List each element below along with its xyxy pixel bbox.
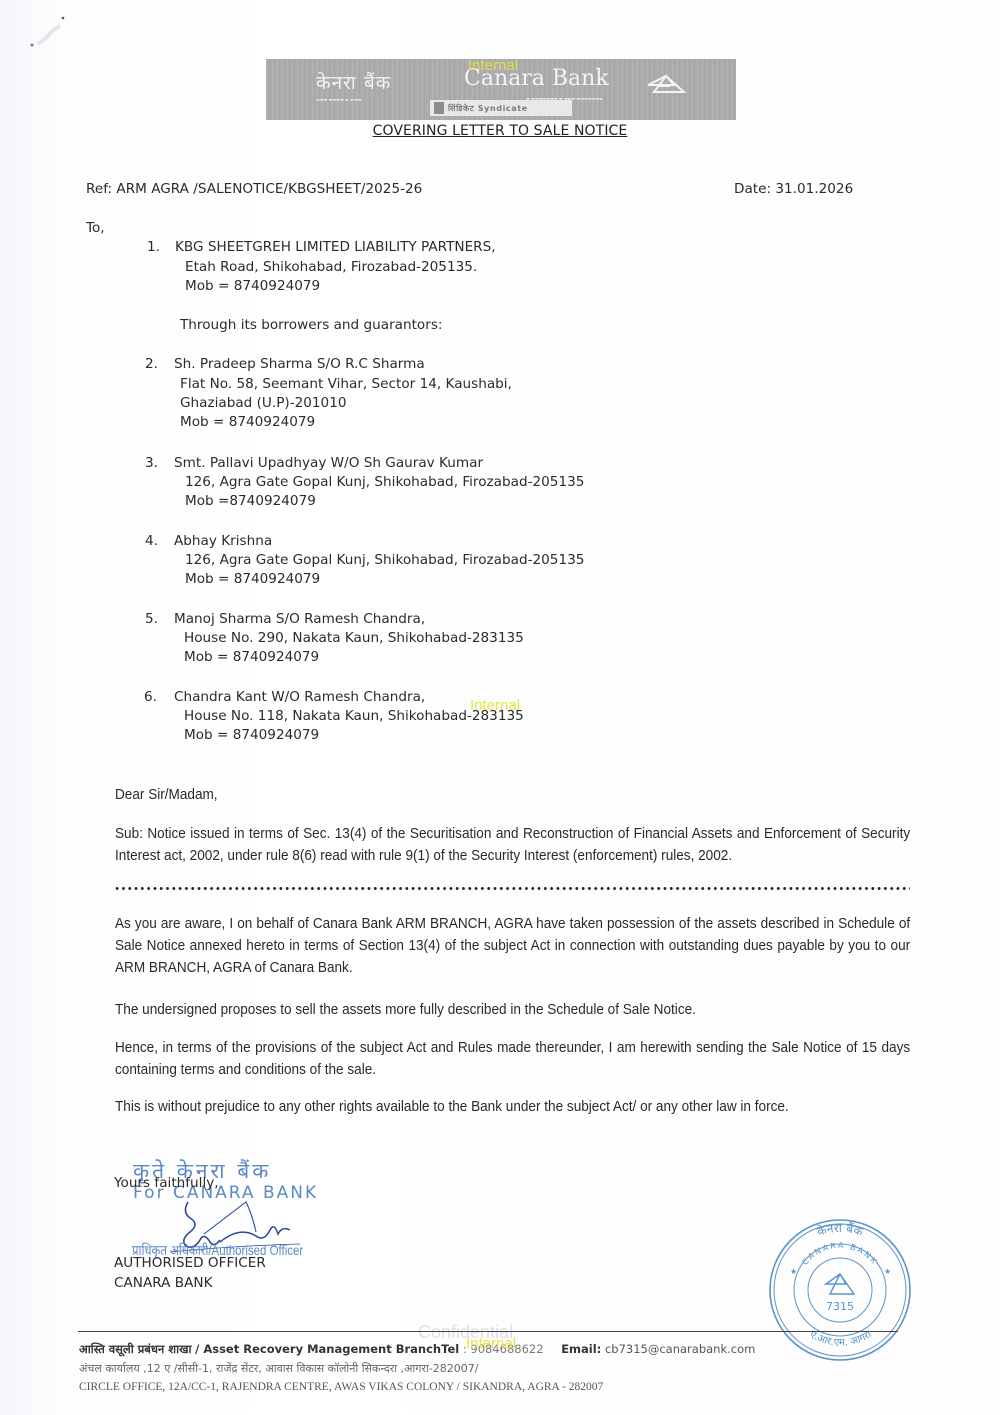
recipient-address-line-1: Flat No. 58, Seemant Vihar, Sector 14, K…	[180, 376, 512, 392]
signatory-organisation: CANARA BANK	[114, 1275, 212, 1291]
recipient-name: Smt. Pallavi Upadhyay W/O Sh Gaurav Kuma…	[174, 455, 483, 471]
recipient-address: House No. 290, Nakata Kaun, Shikohabad-2…	[184, 630, 524, 646]
seal-branch-code: 7315	[826, 1300, 854, 1313]
syndicate-label: सिंडिकेट Syndicate	[448, 103, 528, 114]
recipient-name: Chandra Kant W/O Ramesh Chandra,	[174, 689, 425, 705]
subject-line: Sub: Notice issued in terms of Sec. 13(4…	[115, 823, 910, 867]
recipient-number: 3.	[145, 455, 158, 471]
recipient-address: Etah Road, Shikohabad, Firozabad-205135.	[185, 259, 477, 275]
banner-tagline-left: ▬▬▬ ▬▬▬▬ ▬ ▬▬▬	[316, 97, 361, 102]
footer-email-label: Email:	[561, 1342, 601, 1356]
signatory-designation: AUTHORISED OFFICER	[114, 1255, 266, 1271]
body-paragraph-sale-notice: Hence, in terms of the provisions of the…	[115, 1037, 910, 1081]
recipient-mobile: Mob = 8740924079	[184, 727, 319, 743]
branch-round-seal: केनरा बैंक CANARA BANK ए.आर.एम. आगरा 731…	[768, 1218, 913, 1363]
recipient-number: 6.	[144, 689, 157, 705]
internal-watermark: Internal	[468, 57, 518, 74]
recipient-address: 126, Agra Gate Gopal Kunj, Shikohabad, F…	[185, 474, 584, 490]
letter-date: Date: 31.01.2026	[734, 181, 853, 197]
scan-artifact-mark	[30, 14, 70, 52]
canara-bank-triangle-logo-icon	[644, 72, 690, 96]
recipient-name: Sh. Pradeep Sharma S/O R.C Sharma	[174, 356, 425, 372]
salutation: Dear Sir/Madam,	[115, 784, 910, 806]
internal-watermark: Internal	[466, 1335, 516, 1352]
recipient-mobile: Mob =8740924079	[185, 493, 316, 509]
footer-branch-english: Asset Recovery Management Branch	[203, 1342, 441, 1356]
footer-branch-contact: आस्ति वसूली प्रबंधन शाखा / Asset Recover…	[79, 1342, 755, 1357]
svg-text:★: ★	[884, 1267, 891, 1276]
body-paragraph-without-prejudice: This is without prejudice to any other r…	[115, 1096, 910, 1118]
reference-number: Ref: ARM AGRA /SALENOTICE/KBGSHEET/2025-…	[86, 181, 422, 197]
svg-text:★: ★	[790, 1267, 797, 1276]
to-label: To,	[86, 220, 105, 236]
recipient-mobile: Mob = 8740924079	[184, 649, 319, 665]
internal-watermark: Internal	[470, 697, 520, 714]
recipient-name: Manoj Sharma S/O Ramesh Chandra,	[174, 611, 425, 627]
recipient-mobile: Mob = 8740924079	[185, 278, 320, 294]
through-borrowers-line: Through its borrowers and guarantors:	[180, 317, 443, 333]
syndicate-logo-icon	[434, 102, 444, 114]
seal-logo-icon	[826, 1274, 854, 1294]
body-paragraph-proposal: The undersigned proposes to sell the ass…	[115, 999, 910, 1021]
recipient-name: Abhay Krishna	[174, 533, 272, 549]
document-title: COVERING LETTER TO SALE NOTICE	[0, 123, 1000, 139]
footer-branch-hindi: आस्ति वसूली प्रबंधन शाखा	[79, 1342, 191, 1356]
recipient-number: 1.	[147, 239, 160, 255]
body-paragraph-possession: As you are aware, I on behalf of Canara …	[115, 913, 910, 979]
recipient-name: KBG SHEETGREH LIMITED LIABILITY PARTNERS…	[175, 239, 496, 255]
dotted-separator	[114, 886, 910, 891]
recipient-mobile: Mob = 8740924079	[185, 571, 320, 587]
seal-ring-text: CANARA BANK	[800, 1241, 879, 1267]
recipient-address: 126, Agra Gate Gopal Kunj, Shikohabad, F…	[185, 552, 584, 568]
bank-name-hindi: केनरा बैंक	[316, 69, 391, 95]
syndicate-merger-badge: सिंडिकेट Syndicate	[430, 100, 572, 116]
recipient-number: 2.	[145, 356, 158, 372]
footer-address-hindi: अंचल कार्यालय ,12 ए /सीसी-1, राजेंद्र से…	[79, 1361, 478, 1376]
closing-yours-faithfully: Yours faithfully,	[114, 1175, 219, 1191]
footer-email: cb7315@canarabank.com	[605, 1342, 755, 1356]
recipient-number: 4.	[145, 533, 158, 549]
recipient-number: 5.	[145, 611, 158, 627]
recipient-address-line-2: Ghaziabad (U.P)-201010	[180, 395, 347, 411]
footer-tel-label: Tel	[441, 1342, 459, 1356]
recipient-mobile: Mob = 8740924079	[180, 414, 315, 430]
footer-divider	[78, 1331, 898, 1332]
footer-address-english: CIRCLE OFFICE, 12A/CC-1, RAJENDRA CENTRE…	[79, 1381, 603, 1393]
seal-top-text: केनरा बैंक	[815, 1221, 865, 1239]
